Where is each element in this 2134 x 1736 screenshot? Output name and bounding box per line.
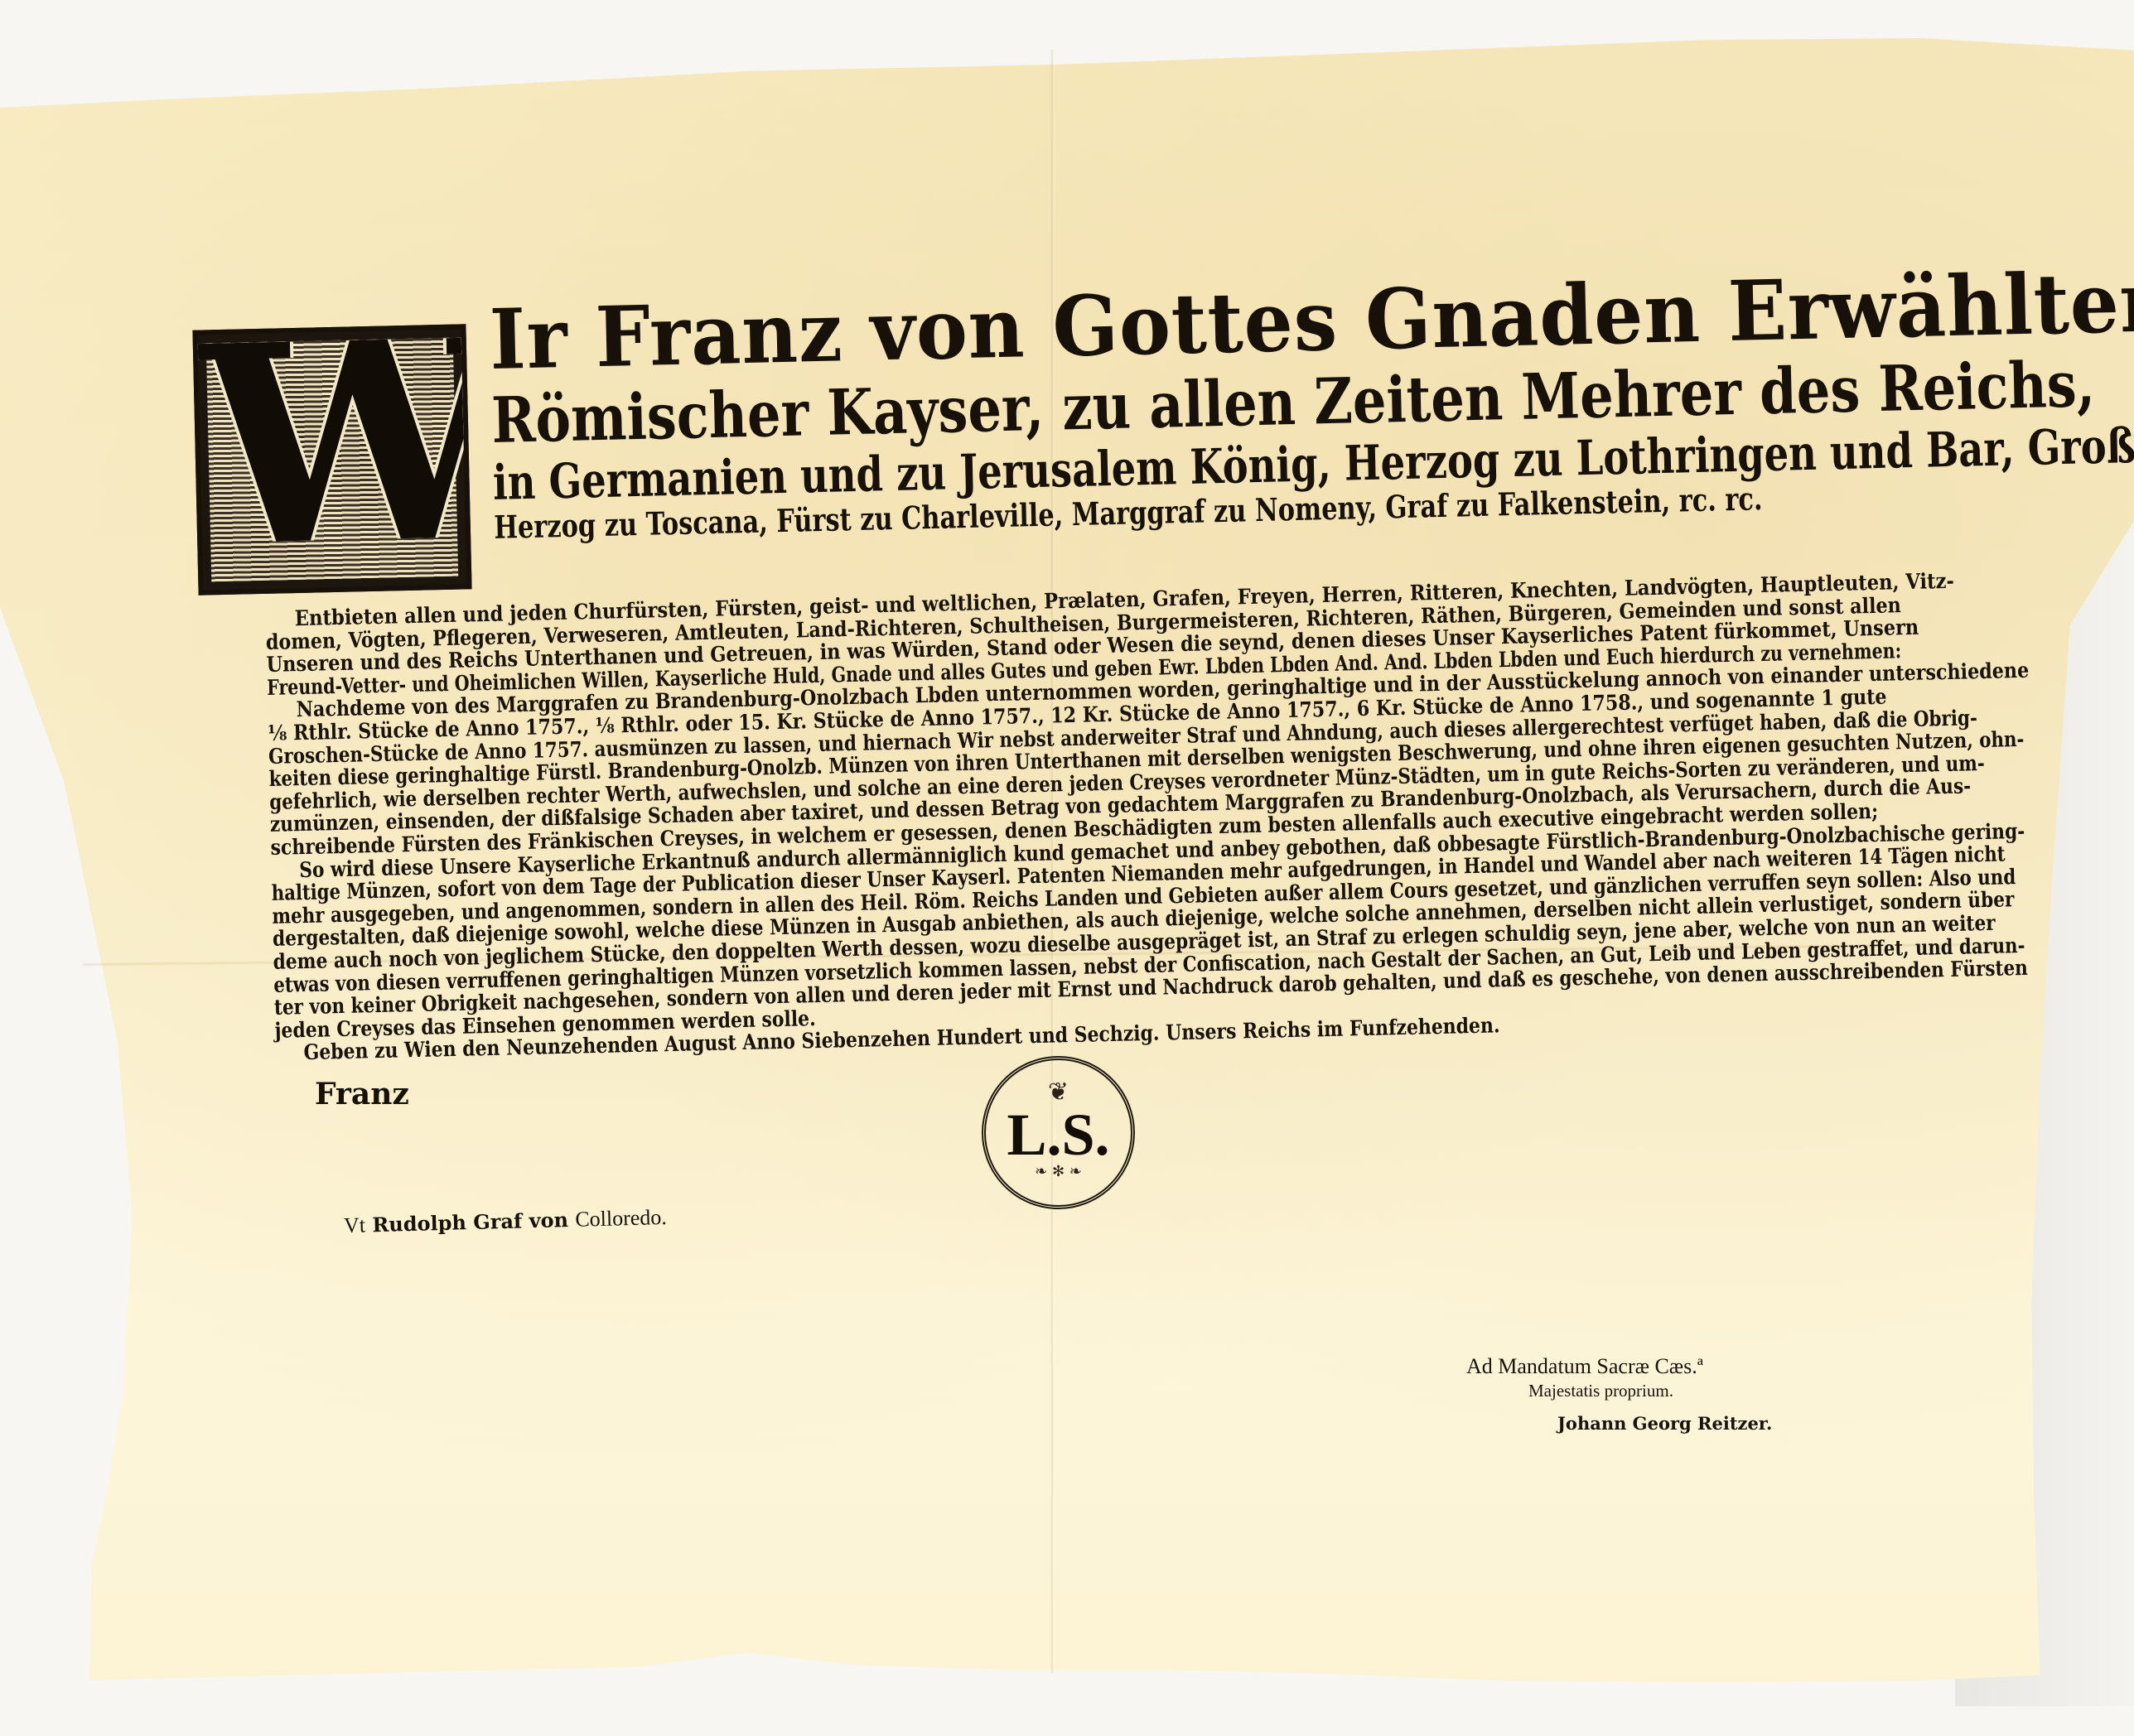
body-text: Entbieten allen und jeden Churfürsten, F… — [265, 571, 1924, 1066]
seal-sprig-icon: ❧ ✻ ❧ — [1035, 1165, 1082, 1179]
countersign-surname: Colloredo. — [575, 1205, 667, 1232]
countersign-name: Rudolph Graf von — [372, 1208, 568, 1237]
seal-text: L.S. — [1007, 1105, 1109, 1165]
seal-ls: ❦ L.S. ❧ ✻ ❧ — [982, 1056, 1135, 1209]
secretary-signature: Johann Georg Reitzer. — [1557, 1413, 1772, 1434]
mandate-line-1: Ad Mandatum Sacræ Cæs.ª — [1466, 1354, 1772, 1379]
mandate-line-2: Majestatis proprium. — [1528, 1381, 1772, 1401]
sovereign-signature: Franz — [315, 1077, 409, 1112]
title-block: Ir Franz von Gottes Gnaden Erwählter Röm… — [489, 265, 1952, 543]
woodcut-initial-w: W — [192, 324, 471, 595]
initial-letter: W — [197, 324, 466, 583]
mandate-block: Ad Mandatum Sacræ Cæs.ª Majestatis propr… — [1466, 1354, 1772, 1434]
seal-ornament-icon: ❦ — [1048, 1080, 1069, 1105]
countersign-prefix: Vt — [344, 1213, 366, 1237]
